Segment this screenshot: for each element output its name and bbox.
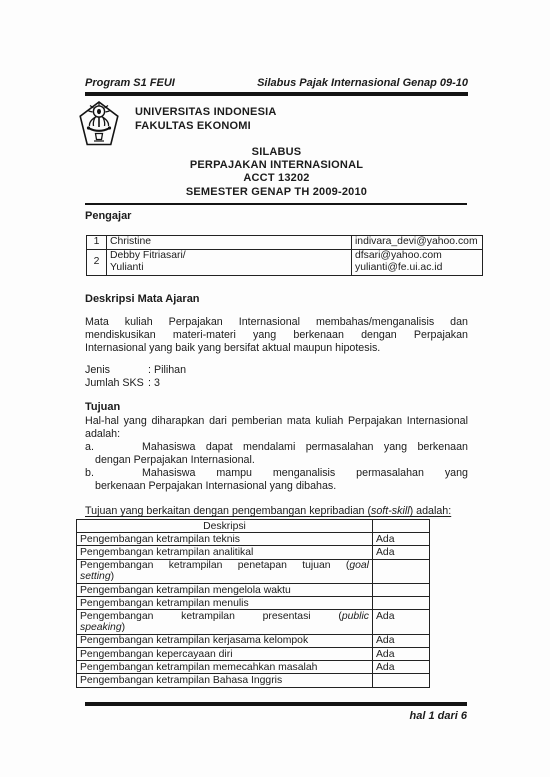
lecturer-email-cell: indivara_devi@yahoo.com	[352, 236, 483, 250]
table-row: Pengembangan ketrampilan mengelola waktu	[77, 584, 430, 597]
pengajar-heading: Pengajar	[85, 210, 131, 223]
institution-block: UNIVERSITAS INDONESIA FAKULTAS EKONOMI	[135, 106, 277, 133]
lecturer-email: yulianti@fe.ui.ac.id	[355, 262, 479, 275]
course-meta-block: Jenis : Pilihan Jumlah SKS : 3	[85, 364, 186, 390]
lecturer-name-cell: Christine	[107, 236, 352, 250]
title-line-semester: SEMESTER GENAP TH 2009-2010	[85, 186, 468, 199]
softskill-status-cell	[373, 597, 430, 610]
title-line-code: ACCT 13202	[85, 172, 468, 185]
table-header-row: Deskripsi	[77, 520, 430, 533]
softskill-label-cell: Pengembangan ketrampilan analitikal	[77, 546, 373, 559]
table-row: 2 Debby Fitriasari/ Yulianti dfsari@yaho…	[87, 249, 483, 275]
softskill-status-cell: Ada	[373, 661, 430, 674]
table-row: Pengembangan kepercayaan diri Ada	[77, 648, 430, 661]
running-header-right: Silabus Pajak Internasional Genap 09-10	[257, 77, 468, 90]
lecturer-email: dfsari@yahoo.com	[355, 250, 479, 263]
page-number: hal 1 dari 6	[85, 710, 467, 723]
softskill-label-cell: Pengembangan kepercayaan diri	[77, 648, 373, 661]
table-row: 1 Christine indivara_devi@yahoo.com	[87, 236, 483, 250]
softskill-status-cell	[373, 584, 430, 597]
softskill-status-cell: Ada	[373, 546, 430, 559]
table-row: Pengembangan ketrampilan memecahkan masa…	[77, 661, 430, 674]
tujuan-heading: Tujuan	[85, 401, 120, 414]
course-type-row: Jenis : Pilihan	[85, 364, 186, 377]
softskill-label-cell: Pengembangan ketrampilan memecahkan masa…	[77, 661, 373, 674]
table-row: Pengembangan ketrampilan Bahasa Inggris	[77, 674, 430, 687]
course-sks-value: : 3	[148, 377, 160, 390]
course-sks-label: Jumlah SKS	[85, 377, 148, 390]
lecturer-email: indivara_devi@yahoo.com	[355, 236, 479, 249]
row-number-cell: 2	[87, 249, 107, 275]
running-header-left: Program S1 FEUI	[85, 77, 175, 90]
title-line-course: PERPAJAKAN INTERNASIONAL	[85, 159, 468, 172]
header-rule	[85, 92, 468, 96]
pengajar-table: 1 Christine indivara_devi@yahoo.com 2 De…	[86, 235, 483, 276]
course-type-label: Jenis	[85, 364, 148, 377]
title-line-silabus: SILABUS	[85, 146, 468, 159]
objective-list-item: b. Mahasiswa mampu menganalisis permasal…	[85, 467, 468, 493]
table-row: Pengembangan ketrampilan penetapan tujua…	[77, 559, 430, 583]
list-marker: a.	[85, 441, 94, 454]
deskripsi-heading: Deskripsi Mata Ajaran	[85, 293, 200, 306]
softskill-status-header-cell	[373, 520, 430, 533]
table-row: Pengembangan ketrampilan analitikal Ada	[77, 546, 430, 559]
objective-text: Mahasiswa mampu menganalisis permasalaha…	[95, 467, 468, 493]
document-title-block: SILABUS PERPAJAKAN INTERNASIONAL ACCT 13…	[85, 146, 468, 199]
syllabus-document-page: Program S1 FEUI Silabus Pajak Internasio…	[0, 0, 550, 777]
footer-rule	[85, 702, 467, 706]
course-type-value: : Pilihan	[148, 364, 186, 377]
course-description-paragraph: Mata kuliah Perpajakan Internasional mem…	[85, 316, 468, 356]
course-sks-row: Jumlah SKS : 3	[85, 377, 186, 390]
running-header: Program S1 FEUI Silabus Pajak Internasio…	[85, 77, 468, 90]
lecturer-email-cell: dfsari@yahoo.com yulianti@fe.ui.ac.id	[352, 249, 483, 275]
title-divider-rule	[85, 203, 467, 205]
objective-list-item: a. Mahasiswa dapat mendalami permasalaha…	[85, 441, 468, 467]
softskill-status-cell: Ada	[373, 533, 430, 546]
list-marker: b.	[85, 467, 94, 480]
softskill-label-cell: Pengembangan ketrampilan mengelola waktu	[77, 584, 373, 597]
lecturer-name: Yulianti	[110, 262, 348, 275]
softskill-label-cell: Pengembangan ketrampilan teknis	[77, 533, 373, 546]
lecturer-name: Christine	[110, 236, 348, 249]
softskill-table: Deskripsi Pengembangan ketrampilan tekni…	[76, 519, 430, 688]
softskill-status-cell	[373, 559, 430, 583]
softskill-status-cell: Ada	[373, 648, 430, 661]
lecturer-name-cell: Debby Fitriasari/ Yulianti	[107, 249, 352, 275]
row-number-cell: 1	[87, 236, 107, 250]
softskill-label-cell: Pengembangan ketrampilan Bahasa Inggris	[77, 674, 373, 687]
softskill-status-cell	[373, 674, 430, 687]
ui-makara-logo	[79, 100, 119, 147]
softskill-label-cell: Pengembangan ketrampilan menulis	[77, 597, 373, 610]
softskill-header-cell: Deskripsi	[77, 520, 373, 533]
objective-text: Mahasiswa dapat mendalami permasalahan y…	[95, 441, 468, 467]
softskill-intro-line: Tujuan yang berkaitan dengan pengembanga…	[85, 505, 468, 518]
lecturer-name: Debby Fitriasari/	[110, 250, 348, 263]
table-row: Pengembangan ketrampilan presentasi (pub…	[77, 610, 430, 634]
softskill-label-cell: Pengembangan ketrampilan presentasi (pub…	[77, 610, 373, 634]
institution-name: UNIVERSITAS INDONESIA	[135, 106, 277, 120]
table-row: Pengembangan ketrampilan teknis Ada	[77, 533, 430, 546]
softskill-label-cell: Pengembangan ketrampilan penetapan tujua…	[77, 559, 373, 583]
softskill-label-cell: Pengembangan ketrampilan kerjasama kelom…	[77, 634, 373, 647]
table-row: Pengembangan ketrampilan menulis	[77, 597, 430, 610]
faculty-name: FAKULTAS EKONOMI	[135, 120, 277, 134]
tujuan-intro-paragraph: Hal-hal yang diharapkan dari pemberian m…	[85, 415, 468, 441]
softskill-status-cell: Ada	[373, 634, 430, 647]
softskill-status-cell: Ada	[373, 610, 430, 634]
table-row: Pengembangan ketrampilan kerjasama kelom…	[77, 634, 430, 647]
ui-makara-logo-svg	[79, 100, 119, 147]
